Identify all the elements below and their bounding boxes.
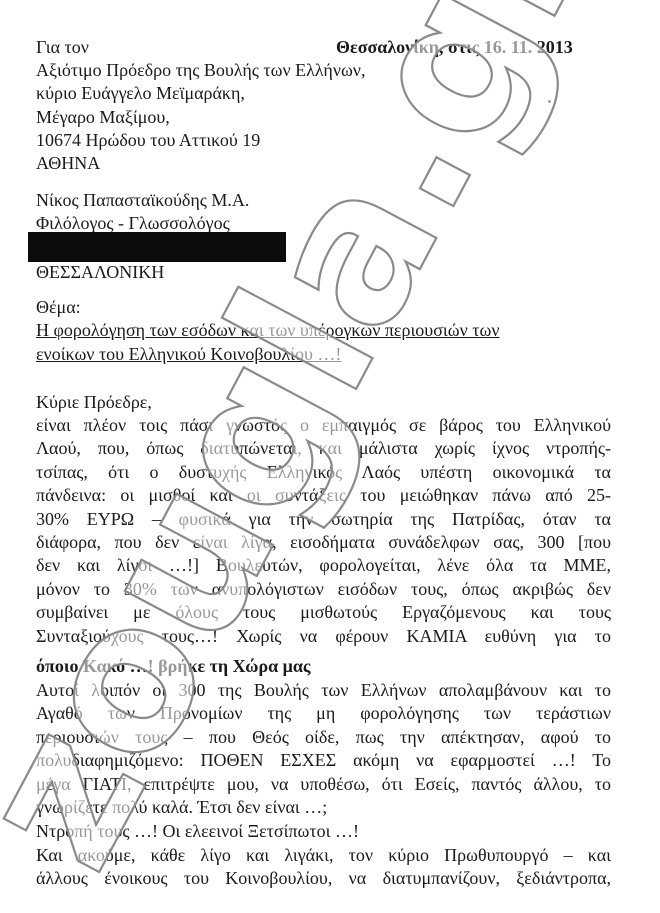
letter-date: Θεσσαλονίκη, στις 16. 11. 2013 [336,37,573,58]
subject-label: Θέμα: [36,297,81,317]
body-line: Και ακούμε, κάθε λίγο και λιγάκι, τον κύ… [36,845,611,865]
body-line: πάνδεινα: οι μισθοί και οι συντάξεις του… [36,485,611,505]
body-shame-line: Ντροπή τους …! Οι ελεεινοί Ξετσίπωτοι …! [36,821,359,841]
sender-name: Νίκος Παπασταϊκούδης Μ.Α. [36,190,249,210]
body-line: πολυδιαφημιζόμενο: ΠΟΘΕΝ ΕΣΧΕΣ ακόμη να … [36,750,611,770]
body-line: άλλους ένοικους του Κοινοβουλίου, να δια… [36,868,611,888]
body-line: Αυτοί λοιπόν οι 300 της Βουλής των Ελλήν… [36,680,611,700]
body-line: διάφορα, που δεν είναι λίγα, εισοδήματα … [36,532,611,552]
body-line: περιουσιών τους – που Θεός οίδε, πως την… [36,727,611,747]
recipient-line-2: Αξιότιμο Πρόεδρο της Βουλής των Ελλήνων, [36,60,365,80]
recipient-line-4: Μέγαρο Μαξίμου, [36,107,170,127]
body-line: μόνον το 30% των ανυπολόγιστων εισόδων τ… [36,579,611,599]
recipient-line-6: ΑΘΗΝΑ [36,153,100,173]
body-short-line: γνωρίζετε πολύ καλά. Έτσι δεν είναι …; [36,797,327,817]
sender-city: ΘΕΣΣΑΛΟΝΙΚΗ [36,262,164,282]
body-line: τσίπας, ότι ο δυστυχής Ελληνικός Λαός υπ… [36,462,611,482]
body-line: συμβαίνει με όλους τους μισθωτούς Εργαζό… [36,602,611,622]
recipient-line-3: κύριο Ευάγγελο Μεϊμαράκη, [36,83,245,103]
subject-line-2: ενοίκων του Ελληνικού Κοινοβουλίου …! [36,344,341,364]
subject-line-1: Η φορολόγηση των εσόδων και των υπέρογκω… [36,320,499,340]
body-line: Λαού, που, όπως διατυπώνεται, και μάλιστ… [36,438,611,458]
recipient-line-5: 10674 Ηρώδου του Αττικού 19 [36,130,260,150]
body-line: 30% ΕΥΡΩ – φυσικά για την σωτηρία της Πα… [36,509,611,529]
salutation: Κύριε Πρόεδρε, [36,392,152,412]
body-line: δεν και λίγοι …!] Βουλευτών, φορολογείτα… [36,555,611,575]
speck-mark [548,100,551,103]
body-line: Αγαθό των Προνομίων της μη φορολόγησης τ… [36,703,611,723]
body-line: Συνταξιούχους τους…! Χωρίς να φέρουν ΚΑΜ… [36,626,611,646]
redacted-address [28,232,286,262]
body-line: είναι πλέον τοις πάσι γνωστός ο εμπαιγμό… [36,415,611,435]
body-line: μέγα ΓΙΑΤΙ, επιτρέψτε μου, να υποθέσω, ό… [36,774,611,794]
recipient-line-1: Για τον [36,37,89,57]
sender-title: Φιλόλογος - Γλωσσολόγος [36,213,230,233]
body-bold-line: όποιο Κακό …! βρήκε τη Χώρα μας [36,656,311,676]
letter-page: Για τον Θεσσαλονίκη, στις 16. 11. 2013 Α… [0,0,660,913]
